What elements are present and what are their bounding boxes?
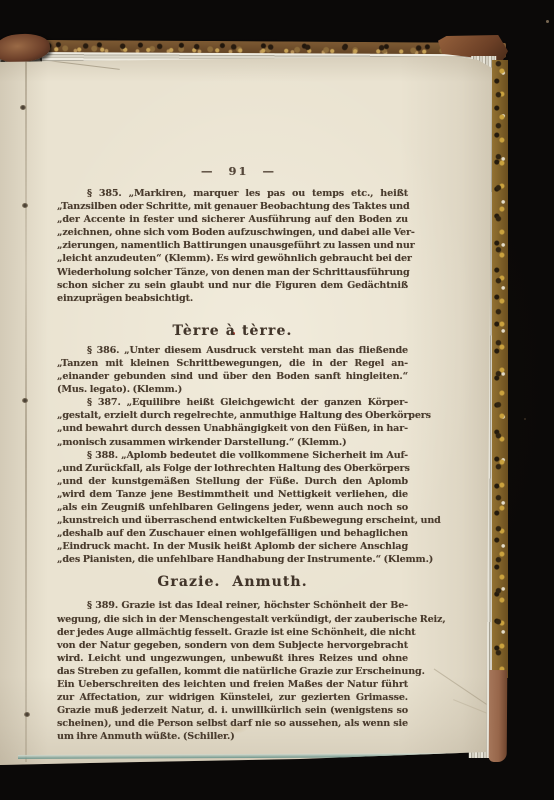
- text-line: „einander gebunden sind und über den Bod…: [57, 370, 408, 383]
- fore-edge-leather-bottom: [489, 670, 508, 762]
- paragraph: § 387. „Equilibre heißt Gleichgewicht de…: [57, 396, 408, 448]
- text-line: „der Accente in fester und sicherer Ausf…: [57, 213, 408, 226]
- text-line: „deshalb auf den Zuschauer einen wohlgef…: [57, 527, 408, 540]
- page-number: — 91 —: [57, 164, 408, 178]
- text-line: „Tanzen mit kleinen Schrittbewegungen, d…: [57, 357, 408, 370]
- section-heading: Grazie. Anmuth.: [57, 574, 408, 590]
- dust-speck: [546, 20, 549, 23]
- text-line: Wiederholung solcher Tänze, von denen ma…: [57, 266, 408, 279]
- page-content: — 91 — § 385. „Markiren, marquer les pas…: [57, 160, 408, 743]
- fore-edge-marbled: [492, 60, 508, 678]
- text-line: „leicht anzudeuten“ (Klemm). Es wird gew…: [57, 252, 408, 265]
- text-line: „kunstreich und überraschend entwickelte…: [57, 514, 408, 527]
- text-line: „monisch zusammen wirkender Darstellung.…: [57, 436, 408, 449]
- text-line: „Eindruck macht. In der Musik heißt Aplo…: [57, 540, 408, 553]
- text-line: wird. Leicht und ungezwungen, unbewußt i…: [57, 652, 408, 665]
- text-line: das Streben zu gefallen, kommt die natür…: [57, 665, 408, 678]
- page-text-sections: § 385. „Markiren, marquer les pas ou tem…: [57, 187, 408, 743]
- paragraph: § 386. „Unter diesem Ausdruck versteht m…: [57, 344, 408, 396]
- paragraph: § 388. „Aplomb bedeutet die vollkommene …: [57, 449, 408, 567]
- paragraph: § 385. „Markiren, marquer les pas ou tem…: [57, 187, 408, 305]
- photo-background: — 91 — § 385. „Markiren, marquer les pas…: [0, 0, 554, 800]
- text-line: § 385. „Markiren, marquer les pas ou tem…: [57, 187, 408, 200]
- text-line: § 388. „Aplomb bedeutet die vollkommene …: [57, 449, 408, 462]
- text-line: „und der kunstgemäßen Stellung der Füße.…: [57, 475, 408, 488]
- stitch-hole: [22, 398, 28, 403]
- text-line: § 389. Grazie ist das Ideal reiner, höch…: [57, 599, 408, 612]
- text-line: Ein Ueberschreiten des leichten und frei…: [57, 678, 408, 691]
- section-heading: Tèrre à tèrre.: [57, 323, 408, 339]
- text-line: „zeichnen, ohne sich vom Boden aufzuschw…: [57, 226, 408, 239]
- text-line: „gestalt, erzielt durch regelrechte, anm…: [57, 409, 408, 422]
- text-line: „und Zurückfall, als Folge der lothrecht…: [57, 462, 408, 475]
- text-line: „als ein Zeugniß unfehlbaren Gelingens j…: [57, 501, 408, 514]
- stitch-hole: [20, 105, 26, 110]
- stitch-hole: [22, 203, 28, 208]
- dust-speck: [524, 418, 526, 420]
- text-line: scheinen), und die Person selbst darf ni…: [57, 717, 408, 730]
- text-line: § 387. „Equilibre heißt Gleichgewicht de…: [57, 396, 408, 409]
- text-line: „zierungen, namentlich Battirungen unaus…: [57, 239, 408, 252]
- text-line: § 386. „Unter diesem Ausdruck versteht m…: [57, 344, 408, 357]
- text-line: „des Pianisten, die unfehlbare Handhabun…: [57, 553, 408, 566]
- page-bottom-edge-highlight: [18, 753, 484, 759]
- text-line: „Tanzsilben oder Schritte, mit genauer B…: [57, 200, 408, 213]
- text-line: schon sicher zu sein glaubt und nur die …: [57, 279, 408, 292]
- text-line: um ihre Anmuth wüßte. (Schiller.): [57, 730, 408, 743]
- text-line: zur Affectation, zur widrigen Künstelei,…: [57, 691, 408, 704]
- text-line: von der Natur gegeben, sondern von dem S…: [57, 639, 408, 652]
- text-line: „wird dem Tanze jene Bestimmtheit und Ne…: [57, 488, 408, 501]
- gutter-crease: [25, 60, 27, 762]
- stitch-hole: [24, 712, 30, 717]
- text-line: (Mus. legato). (Klemm.): [57, 383, 408, 396]
- text-line: der jedes Auge allmächtig fesselt. Grazi…: [57, 626, 408, 639]
- book-page: — 91 — § 385. „Markiren, marquer les pas…: [0, 56, 492, 766]
- text-line: Grazie muß jederzeit Natur, d. i. unwill…: [57, 704, 408, 717]
- text-line: einzuprägen beabsichtigt.: [57, 292, 408, 305]
- text-line: wegung, die sich in der Menschengestalt …: [57, 613, 408, 626]
- text-line: „und bewahrt durch dessen Unabhängigkeit…: [57, 422, 408, 435]
- paragraph: § 389. Grazie ist das Ideal reiner, höch…: [57, 599, 408, 743]
